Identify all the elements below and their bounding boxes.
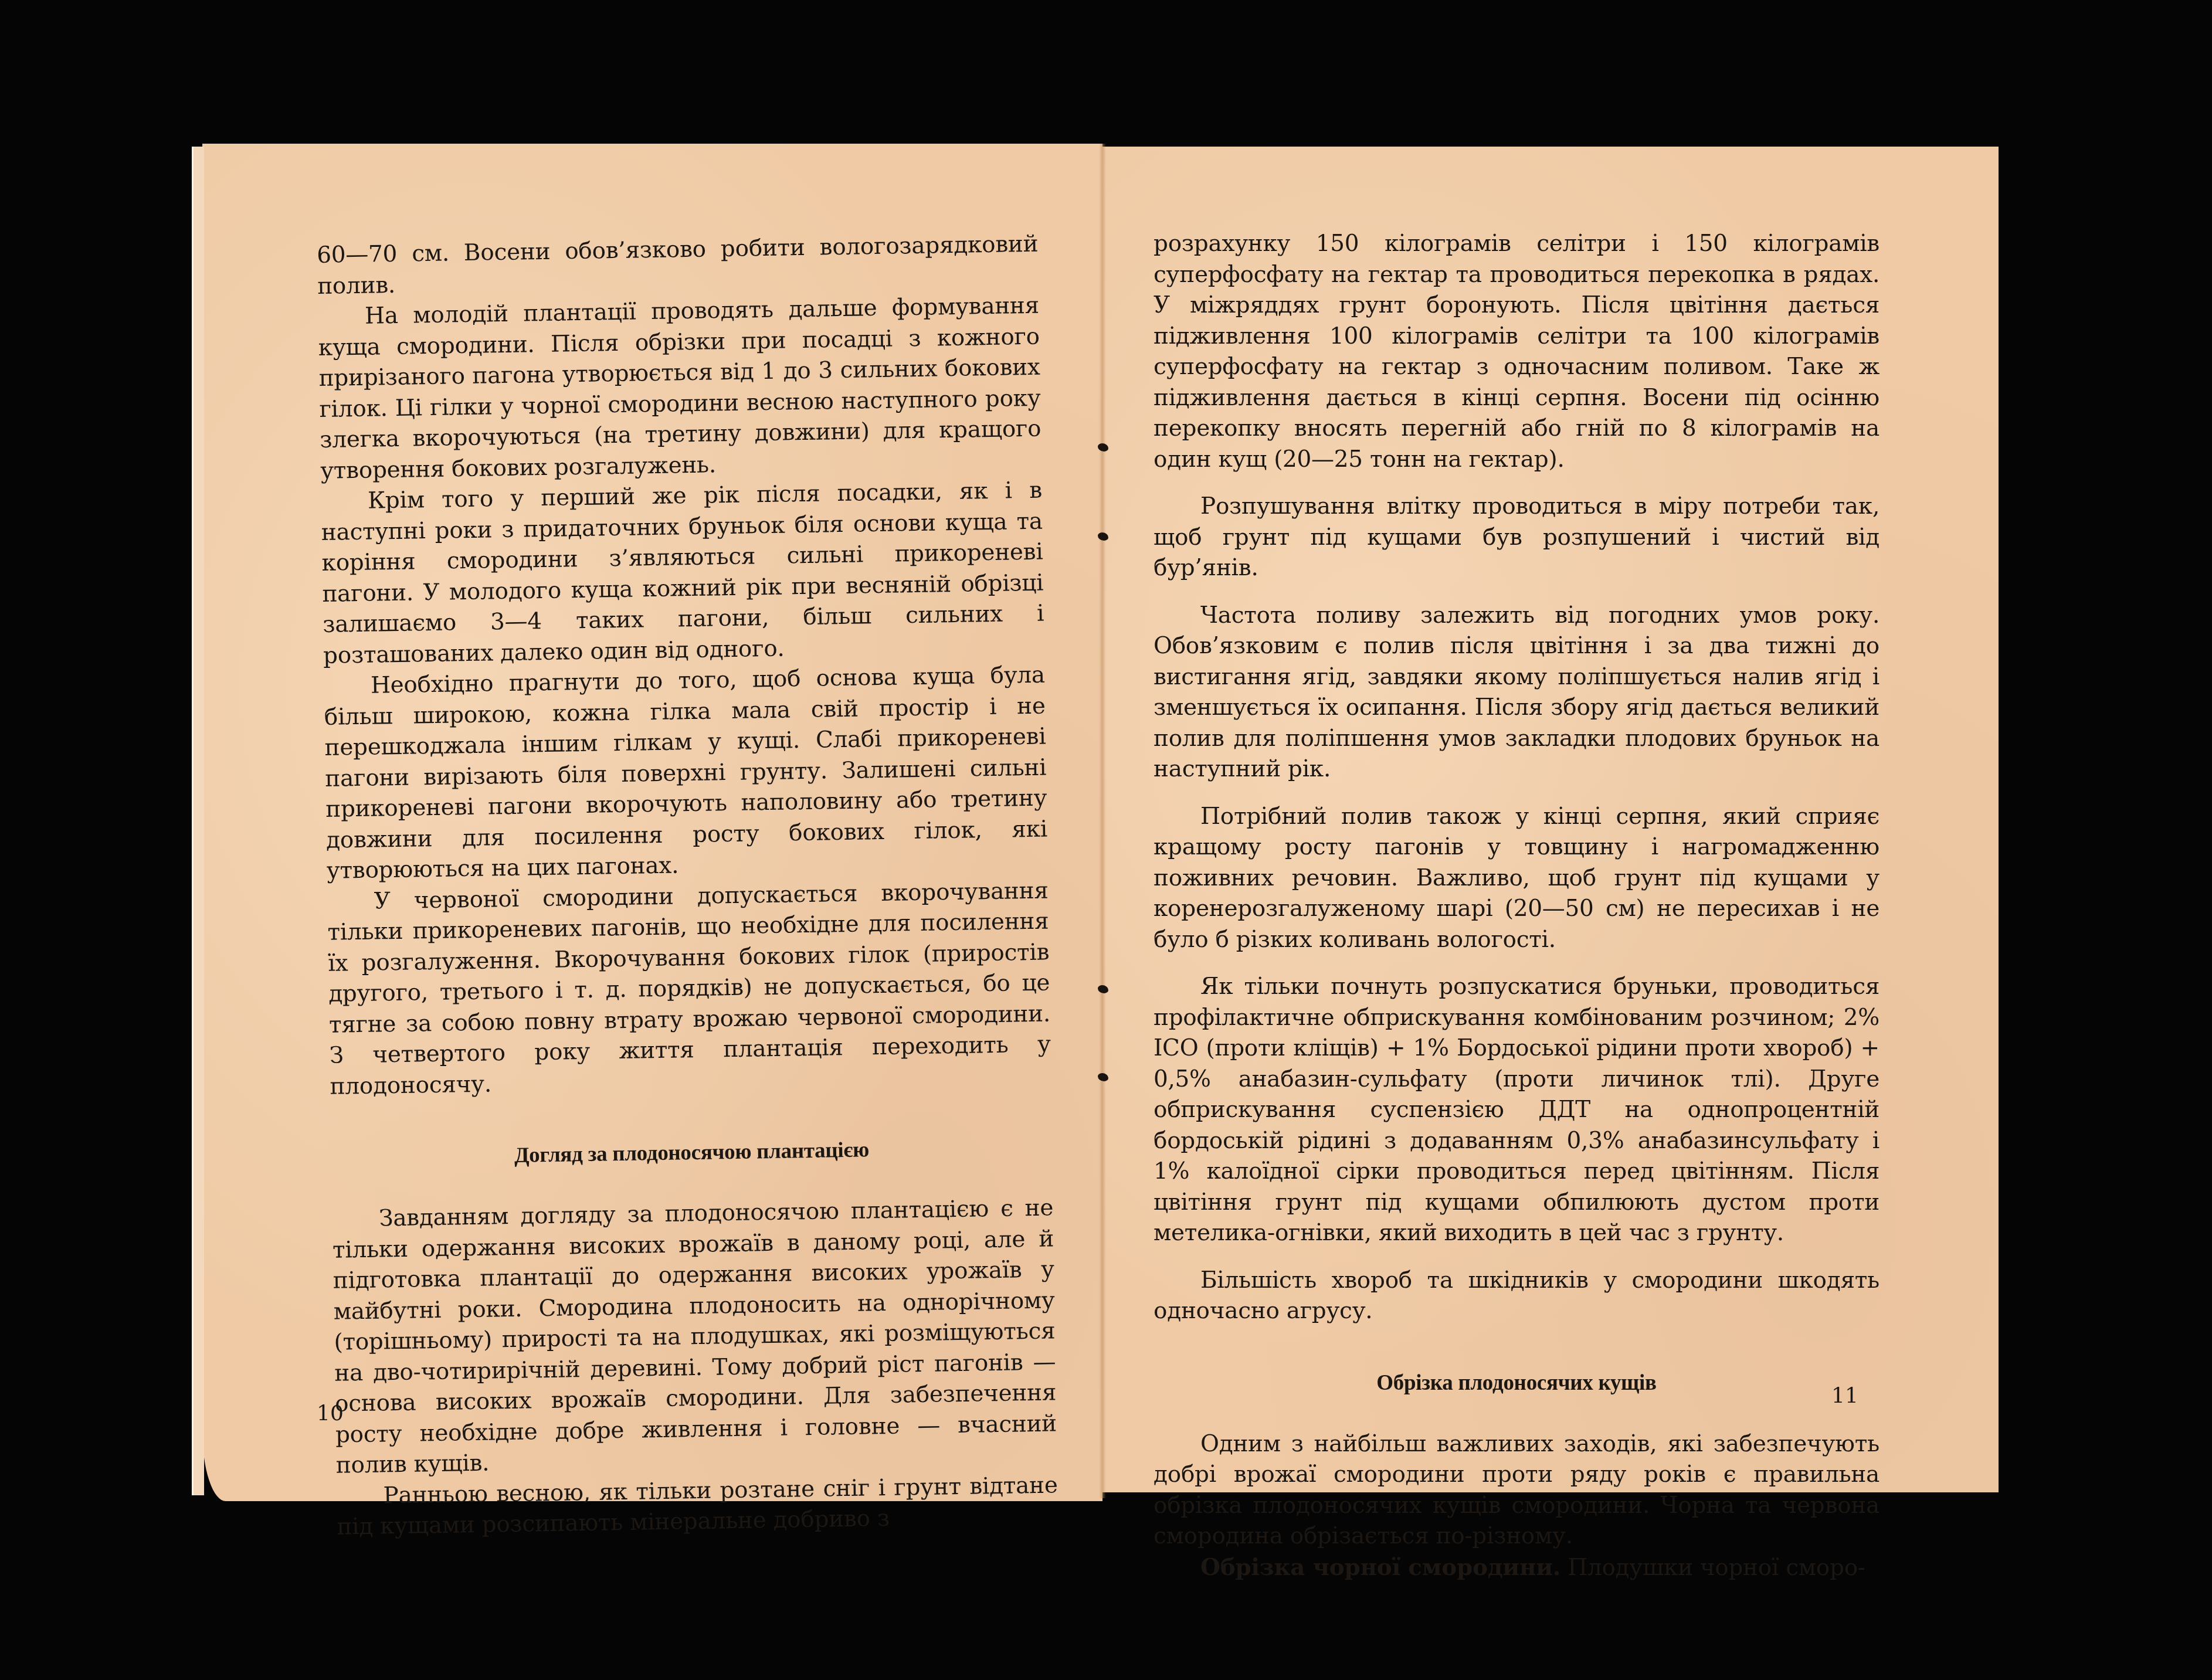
right-page: розрахунку 150 кілограмів селітри і 150 … xyxy=(1102,147,1999,1492)
section-heading: Догляд за плодоносячою плантацією xyxy=(331,1132,1053,1173)
paragraph: Ранньою весною, як тільки розтане сніг і… xyxy=(336,1470,1058,1543)
paragraph: Обрізка чорної смородини. Плодушки чорно… xyxy=(1154,1552,1879,1584)
paragraph: Потрібний полив також у кінці серпня, як… xyxy=(1154,802,1879,956)
staple-icon xyxy=(1098,443,1108,452)
staple-icon xyxy=(1098,1073,1108,1081)
page-number: 11 xyxy=(1831,1384,1858,1408)
paragraph: Більшість хвороб та шкідників у смородин… xyxy=(1154,1265,1879,1327)
paragraph: На молодій плантації проводять дальше фо… xyxy=(318,291,1042,487)
left-page-text: 60—70 см. Восени обов’язково робити воло… xyxy=(317,229,1058,1543)
paragraph: У червоної смородини допускається вкороч… xyxy=(327,875,1051,1102)
staple-icon xyxy=(1098,985,1108,993)
paragraph: Частота поливу залежить від погодних умо… xyxy=(1154,600,1879,785)
subheading-inline: Обрізка чорної смородини. xyxy=(1200,1554,1560,1581)
paragraph: розрахунку 150 кілограмів селітри і 150 … xyxy=(1154,229,1879,475)
paragraph: Завданням догляду за плодоносячою планта… xyxy=(332,1193,1057,1481)
paragraph: Розпушування влітку проводиться в міру п… xyxy=(1154,491,1879,584)
paragraph: Одним з найбільш важливих заходів, які з… xyxy=(1154,1429,1879,1552)
page-number: 10 xyxy=(317,1401,344,1426)
paragraph: Крім того у перший же рік після посадки,… xyxy=(321,476,1045,671)
book-gutter xyxy=(1099,144,1106,1498)
left-page: 60—70 см. Восени обов’язково робити воло… xyxy=(202,144,1102,1501)
right-page-text: розрахунку 150 кілограмів селітри і 150 … xyxy=(1154,229,1879,1583)
staple-icon xyxy=(1098,532,1108,541)
paragraph-text: Плодушки чорної сморо- xyxy=(1560,1555,1865,1581)
paragraph: 60—70 см. Восени обов’язково робити воло… xyxy=(317,229,1039,302)
paragraph: Необхідно прагнути до того, щоб основа к… xyxy=(324,660,1049,887)
section-heading: Обрізка плодоносячих кущів xyxy=(1154,1368,1879,1399)
paragraph: Як тільки почнуть розпускатися бруньки, … xyxy=(1154,972,1879,1249)
